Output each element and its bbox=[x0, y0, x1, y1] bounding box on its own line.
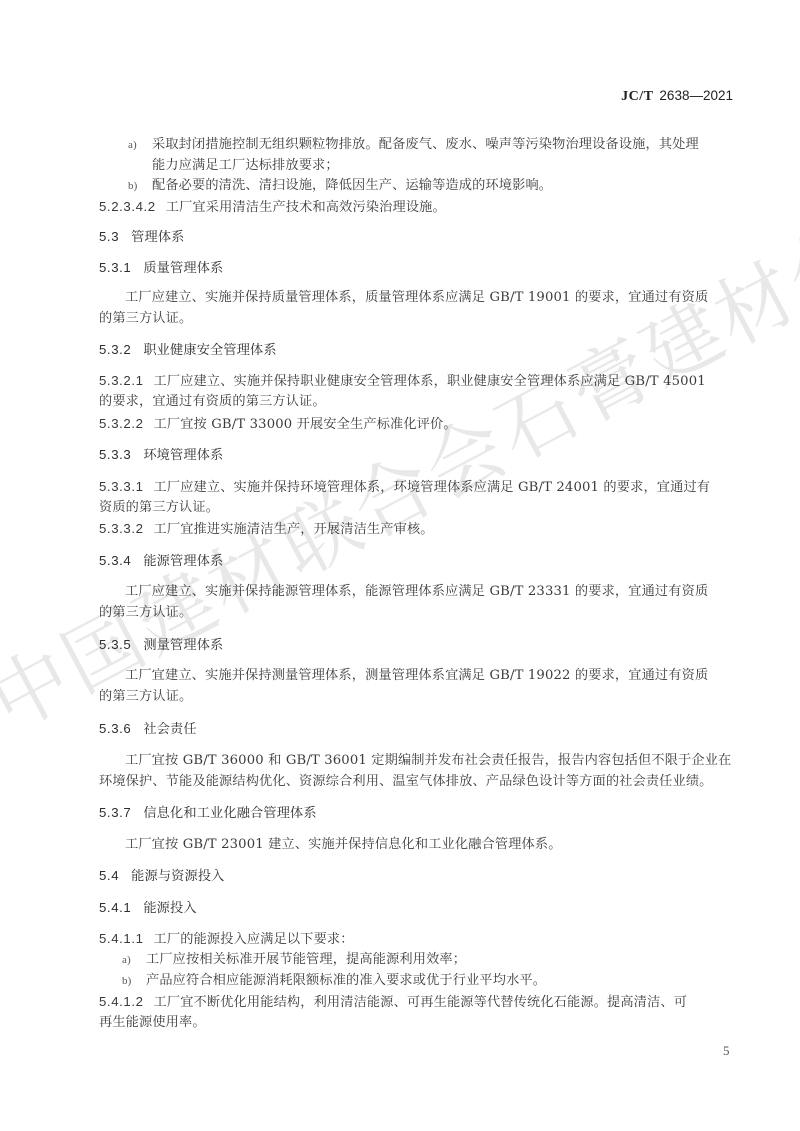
section-number: 5.3.1 bbox=[99, 260, 131, 275]
paragraph-5-3-4-line2: 的第三方认证。 bbox=[99, 604, 192, 622]
section-number: 5.3.2 bbox=[99, 342, 131, 357]
standard-number: 2638—2021 bbox=[659, 88, 733, 103]
section-title: 社会责任 bbox=[143, 722, 196, 737]
clause-5-3-2-1: 5.3.2.1工厂应建立、实施并保持职业健康安全管理体系，职业健康安全管理体系应… bbox=[99, 372, 706, 391]
section-heading-5-3-2: 5.3.2职业健康安全管理体系 bbox=[99, 341, 277, 360]
section-heading-5-3-6: 5.3.6社会责任 bbox=[99, 720, 197, 739]
section-number: 5.3.3 bbox=[99, 447, 131, 462]
section-title: 信息化和工业化融合管理体系 bbox=[143, 806, 316, 821]
list-label: b) bbox=[128, 177, 152, 195]
section-number: 5.3.7 bbox=[99, 805, 131, 820]
list-item-b: b)配备必要的清洗、清扫设施，降低因生产、运输等造成的环境影响。 bbox=[128, 177, 552, 195]
list-label: a) bbox=[128, 136, 152, 154]
section-number: 5.3.4 bbox=[99, 553, 131, 568]
paragraph-5-3-1-line1: 工厂应建立、实施并保持质量管理体系，质量管理体系应满足 GB/T 19001 的… bbox=[125, 289, 708, 307]
clause-5-3-3-1-line2: 资质的第三方认证。 bbox=[99, 499, 219, 517]
clause-text: 工厂宜不断优化用能结构，利用清洁能源、可再生能源等代替传统化石能源。提高清洁、可 bbox=[154, 995, 688, 1010]
clause-5-4-1-2: 5.4.1.2工厂宜不断优化用能结构，利用清洁能源、可再生能源等代替传统化石能源… bbox=[99, 993, 687, 1012]
clause-5-4-1-2-line2: 再生能源使用率。 bbox=[99, 1014, 206, 1032]
paragraph-5-3-7-line1: 工厂宜按 GB/T 23001 建立、实施并保持信息化和工业化融合管理体系。 bbox=[125, 836, 562, 854]
section-heading-5-3: 5.3管理体系 bbox=[99, 228, 185, 247]
paragraph-5-3-6-line2: 环境保护、节能及能源结构优化、资源综合利用、温室气体排放、产品绿色设计等方面的社… bbox=[99, 773, 713, 791]
document-page: 中国建材联合会石膏建材分会 JC/T2638—2021 a)采取封闭措施控制无组… bbox=[0, 0, 800, 1131]
section-title: 测量管理体系 bbox=[143, 638, 223, 653]
section-number: 5.4 bbox=[99, 868, 119, 883]
section-heading-5-4: 5.4能源与资源投入 bbox=[99, 867, 225, 886]
paragraph-5-3-5-line2: 的第三方认证。 bbox=[99, 688, 192, 706]
list-text: 工厂应按相关标准开展节能管理，提高能源利用效率； bbox=[146, 952, 466, 967]
standard-code: JC/T bbox=[621, 89, 653, 104]
section-heading-5-3-4: 5.3.4能源管理体系 bbox=[99, 552, 223, 571]
clause-number: 5.4.1.2 bbox=[99, 994, 144, 1009]
section-number: 5.3 bbox=[99, 229, 119, 244]
list-label: b) bbox=[122, 972, 146, 990]
list-item-a: a)工厂应按相关标准开展节能管理，提高能源利用效率； bbox=[122, 951, 466, 969]
paragraph-5-3-5-line1: 工厂宜建立、实施并保持测量管理体系，测量管理体系宜满足 GB/T 19022 的… bbox=[125, 667, 708, 685]
clause-number: 5.3.3.2 bbox=[99, 521, 144, 536]
section-heading-5-3-1: 5.3.1质量管理体系 bbox=[99, 259, 223, 278]
clause-text: 工厂宜采用清洁生产技术和高效污染治理设施。 bbox=[166, 200, 446, 215]
paragraph-5-3-4-line1: 工厂应建立、实施并保持能源管理体系，能源管理体系应满足 GB/T 23331 的… bbox=[125, 583, 708, 601]
clause-number: 5.3.3.1 bbox=[99, 479, 144, 494]
clause-text: 工厂的能源投入应满足以下要求： bbox=[154, 932, 354, 947]
section-number: 5.4.1 bbox=[99, 900, 131, 915]
section-title: 职业健康安全管理体系 bbox=[143, 343, 276, 358]
section-title: 管理体系 bbox=[131, 230, 184, 245]
clause-5-3-2-1-line2: 的要求，宜通过有资质的第三方认证。 bbox=[99, 393, 326, 411]
list-text: 采取封闭措施控制无组织颗粒物排放。配备废气、废水、噪声等污染物治理设备设施，其处… bbox=[152, 137, 699, 152]
section-title: 能源投入 bbox=[143, 901, 196, 916]
section-heading-5-3-3: 5.3.3环境管理体系 bbox=[99, 446, 223, 465]
clause-5-3-3-2: 5.3.3.2工厂宜推进实施清洁生产，开展清洁生产审核。 bbox=[99, 520, 434, 539]
paragraph-5-3-6-line1: 工厂宜按 GB/T 36000 和 GB/T 36001 定期编制并发布社会责任… bbox=[125, 752, 731, 770]
section-number: 5.3.6 bbox=[99, 721, 131, 736]
section-heading-5-4-1: 5.4.1能源投入 bbox=[99, 899, 197, 918]
clause-text: 工厂宜按 GB/T 33000 开展安全生产标准化评价。 bbox=[154, 417, 457, 432]
clause-number: 5.2.3.4.2 bbox=[99, 199, 156, 214]
list-text: 产品应符合相应能源消耗限额标准的准入要求或优于行业平均水平。 bbox=[146, 973, 546, 988]
section-title: 质量管理体系 bbox=[143, 261, 223, 276]
section-heading-5-3-7: 5.3.7信息化和工业化融合管理体系 bbox=[99, 804, 317, 823]
clause-text: 工厂宜推进实施清洁生产，开展清洁生产审核。 bbox=[154, 522, 434, 537]
standard-header: JC/T2638—2021 bbox=[621, 88, 733, 105]
section-title: 环境管理体系 bbox=[143, 448, 223, 463]
list-text: 配备必要的清洗、清扫设施，降低因生产、运输等造成的环境影响。 bbox=[152, 178, 552, 193]
section-title: 能源与资源投入 bbox=[131, 869, 224, 884]
clause-number: 5.4.1.1 bbox=[99, 931, 144, 946]
clause-text: 工厂应建立、实施并保持职业健康安全管理体系，职业健康安全管理体系应满足 GB/T… bbox=[154, 374, 706, 389]
clause-5-3-2-2: 5.3.2.2工厂宜按 GB/T 33000 开展安全生产标准化评价。 bbox=[99, 415, 457, 434]
clause-5-4-1-1: 5.4.1.1工厂的能源投入应满足以下要求： bbox=[99, 930, 354, 949]
list-item-a: a)采取封闭措施控制无组织颗粒物排放。配备废气、废水、噪声等污染物治理设备设施，… bbox=[128, 136, 699, 154]
clause-text: 工厂应建立、实施并保持环境管理体系，环境管理体系应满足 GB/T 24001 的… bbox=[154, 480, 711, 495]
clause-number: 5.3.2.2 bbox=[99, 416, 144, 431]
clause-5-3-3-1: 5.3.3.1工厂应建立、实施并保持环境管理体系，环境管理体系应满足 GB/T … bbox=[99, 478, 710, 497]
section-title: 能源管理体系 bbox=[143, 554, 223, 569]
list-item-b: b)产品应符合相应能源消耗限额标准的准入要求或优于行业平均水平。 bbox=[122, 972, 546, 990]
section-number: 5.3.5 bbox=[99, 637, 131, 652]
clause-number: 5.3.2.1 bbox=[99, 373, 144, 388]
list-item-a-continued: 能力应满足工厂达标排放要求； bbox=[152, 157, 339, 175]
clause-5-2-3-4-2: 5.2.3.4.2工厂宜采用清洁生产技术和高效污染治理设施。 bbox=[99, 198, 446, 217]
paragraph-5-3-1-line2: 的第三方认证。 bbox=[99, 310, 192, 328]
section-heading-5-3-5: 5.3.5测量管理体系 bbox=[99, 636, 223, 655]
page-number: 5 bbox=[723, 1043, 730, 1059]
list-label: a) bbox=[122, 951, 146, 969]
